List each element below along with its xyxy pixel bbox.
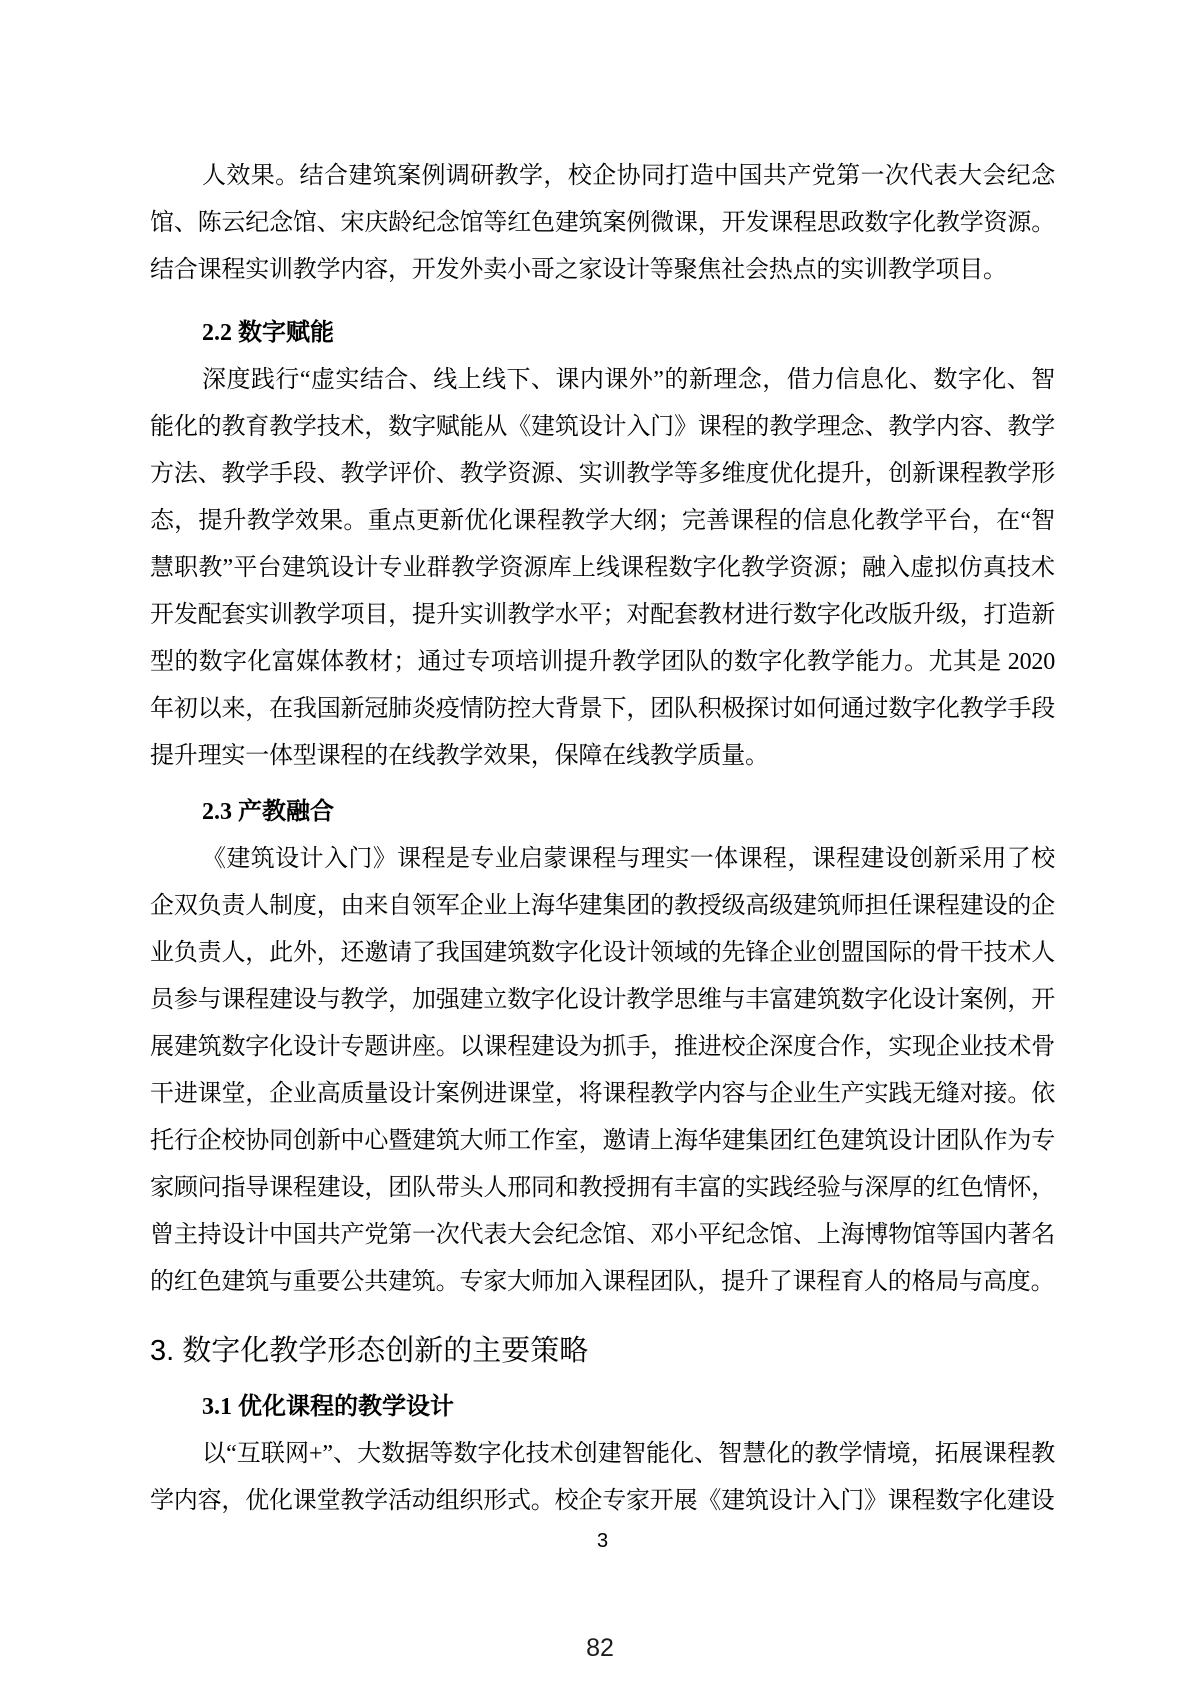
chapter-heading-3-digital-teaching-strategies: 3. 数字化教学形态创新的主要策略: [150, 1328, 1055, 1375]
section-heading-2-3-industry-education-integration: 2.3 产教融合: [150, 789, 1055, 836]
section-heading-2-2-digital-empowerment: 2.2 数字赋能: [150, 310, 1055, 357]
paragraph-teaching-design: 以“互联网+”、大数据等数字化技术创建智能化、智慧化的教学情境，拓展课程教学内容…: [150, 1431, 1055, 1525]
paragraph-industry-education-integration: 《建筑设计入门》课程是专业启蒙课程与理实一体课程，课程建设创新采用了校企双负责人…: [150, 836, 1055, 1306]
paragraph-digital-empowerment: 深度践行“虚实结合、线上线下、课内课外”的新理念，借力信息化、数字化、智能化的教…: [150, 357, 1055, 780]
inner-page-number: 3: [150, 1529, 1055, 1553]
paragraph-red-building-cases: 人效果。结合建筑案例调研教学，校企协同打造中国共产党第一次代表大会纪念馆、陈云纪…: [150, 153, 1055, 294]
outer-page-number: 82: [0, 1634, 1200, 1663]
document-page: 人效果。结合建筑案例调研教学，校企协同打造中国共产党第一次代表大会纪念馆、陈云纪…: [0, 0, 1200, 1683]
page-content: 人效果。结合建筑案例调研教学，校企协同打造中国共产党第一次代表大会纪念馆、陈云纪…: [150, 153, 1055, 1553]
section-heading-3-1-optimize-teaching-design: 3.1 优化课程的教学设计: [150, 1384, 1055, 1431]
